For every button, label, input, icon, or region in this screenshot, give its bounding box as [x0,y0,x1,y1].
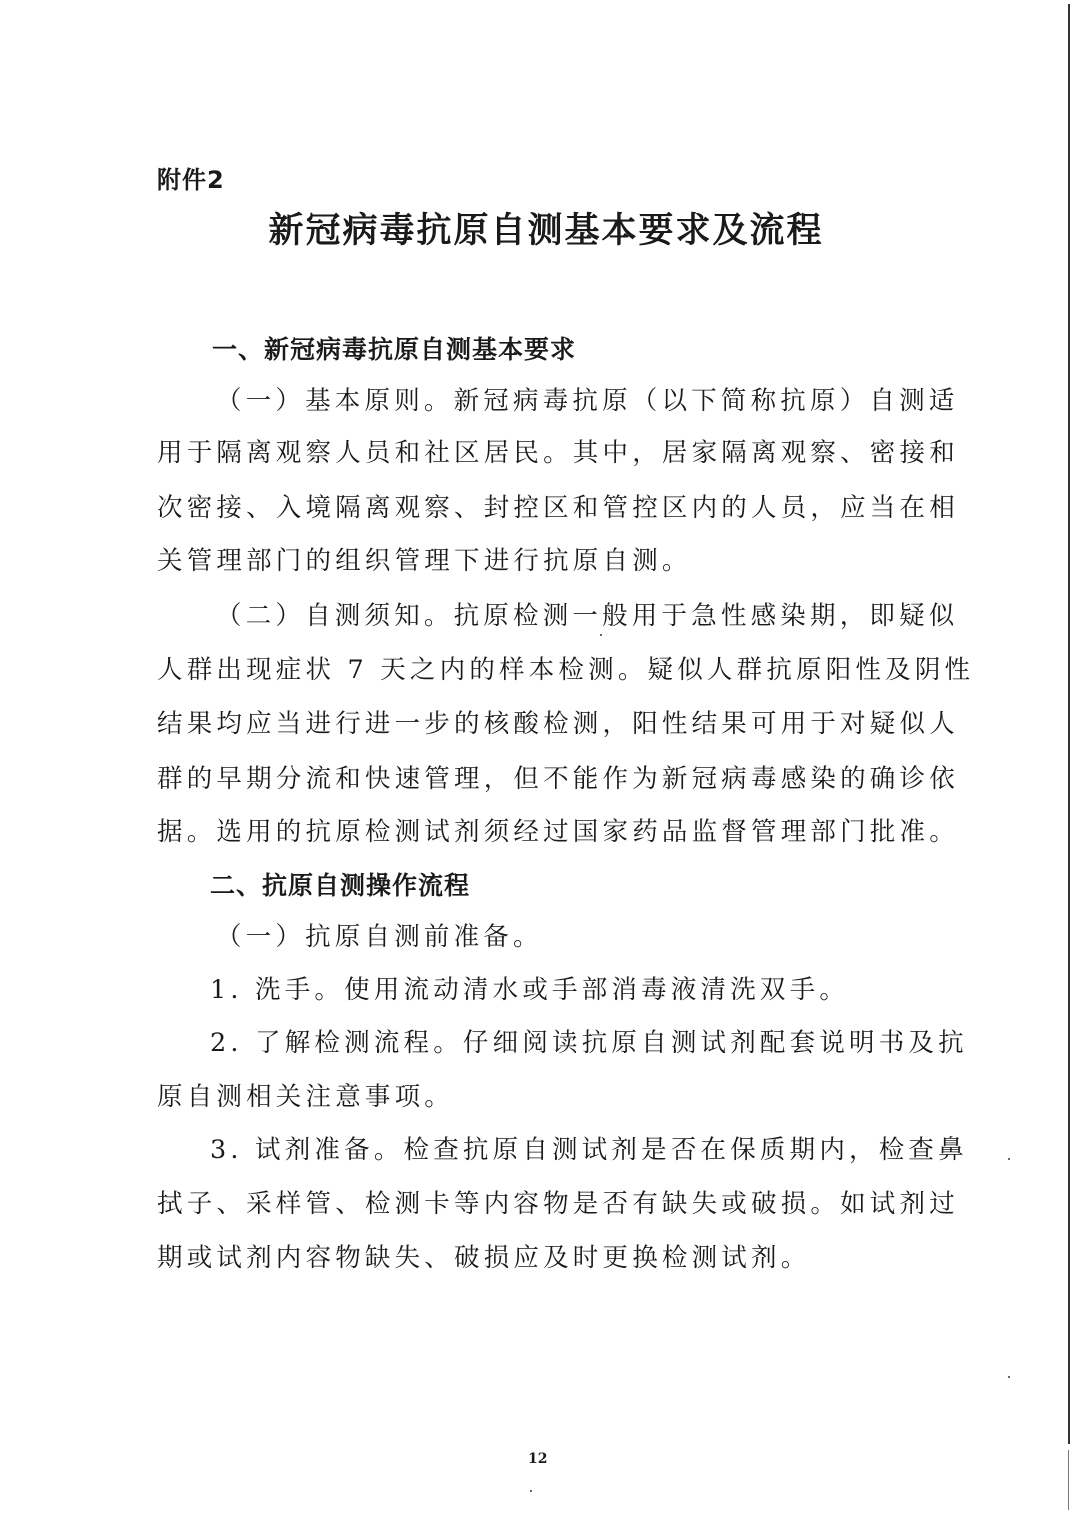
paragraph-line: （一）抗原自测前准备。 [216,917,543,953]
document-title: 新冠病毒抗原自测基本要求及流程 [0,203,1080,253]
scan-speck [600,634,602,636]
attachment-label: 附件2 [157,160,225,195]
paragraph-line: 2. 了解检测流程。仔细阅读抗原自测试剂配套说明书及抗 [210,1023,968,1059]
paragraph-line: 原自测相关注意事项。 [157,1077,454,1113]
page-number: 12 [528,1451,547,1467]
paragraph-line: 期或试剂内容物缺失、破损应及时更换检测试剂。 [157,1238,810,1274]
scan-border-line-lower [1068,1450,1069,1510]
paragraph-line: 据。选用的抗原检测试剂须经过国家药品监督管理部门批准。 [157,812,959,848]
paragraph-line: 人群出现症状 7 天之内的样本检测。疑似人群抗原阳性及阴性 [157,650,974,686]
paragraph-line: 用于隔离观察人员和社区居民。其中，居家隔离观察、密接和 [157,433,959,469]
scan-speck [530,1490,532,1492]
paragraph-line: 关管理部门的组织管理下进行抗原自测。 [157,541,692,577]
scan-speck [1008,1376,1010,1378]
section-heading-2: 二、抗原自测操作流程 [210,866,470,902]
paragraph-line: 1. 洗手。使用流动清水或手部消毒液清洗双手。 [210,970,849,1006]
paragraph-line: 群的早期分流和快速管理，但不能作为新冠病毒感染的确诊依 [157,759,959,795]
paragraph-line: 结果均应当进行进一步的核酸检测，阳性结果可用于对疑似人 [157,704,959,740]
scan-speck [1008,1158,1010,1160]
paragraph-line: 拭子、采样管、检测卡等内容物是否有缺失或破损。如试剂过 [157,1184,959,1220]
paragraph-line: 3. 试剂准备。检查抗原自测试剂是否在保质期内，检查鼻 [210,1130,968,1166]
section-heading-1: 一、新冠病毒抗原自测基本要求 [212,330,576,366]
paragraph-line: 次密接、入境隔离观察、封控区和管控区内的人员，应当在相 [157,488,959,524]
paragraph-line: （一）基本原则。新冠病毒抗原（以下简称抗原）自测适 [216,381,959,417]
paragraph-line: （二）自测须知。抗原检测一般用于急性感染期，即疑似 [216,596,959,632]
